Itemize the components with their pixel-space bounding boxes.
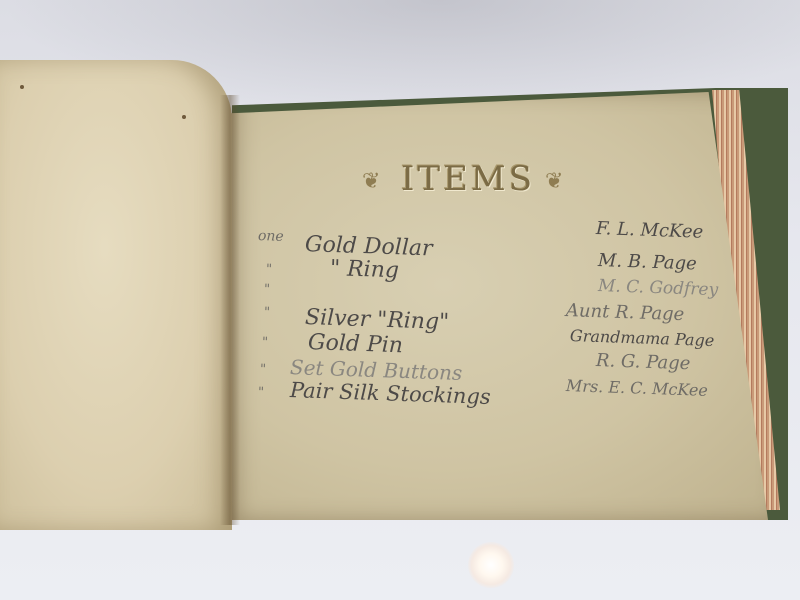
giver-entry: R. G. Page — [596, 350, 691, 374]
page-heading: ITEMS — [368, 152, 568, 206]
item-entry: " Ring — [330, 256, 400, 283]
foxing-spot — [182, 115, 186, 119]
quantity-mark: one — [258, 228, 284, 245]
ditto-mark: " — [262, 335, 269, 350]
giver-entry: M. C. Godfrey — [598, 276, 719, 300]
light-glare — [468, 542, 514, 588]
floral-ornament-icon: ❦ — [545, 168, 563, 194]
left-page — [0, 60, 232, 530]
giver-entry: F. L. McKee — [596, 218, 704, 243]
ditto-mark: " — [264, 305, 271, 320]
ditto-mark: " — [258, 385, 265, 400]
ditto-mark: " — [264, 282, 271, 297]
ditto-mark: " — [260, 362, 267, 377]
giver-entry: M. B. Page — [598, 250, 697, 274]
book-gutter — [220, 95, 240, 525]
ditto-mark: " — [266, 262, 273, 277]
giver-entry: Aunt R. Page — [566, 300, 685, 325]
item-entry: Gold Pin — [308, 330, 404, 358]
foxing-spot — [20, 85, 24, 89]
